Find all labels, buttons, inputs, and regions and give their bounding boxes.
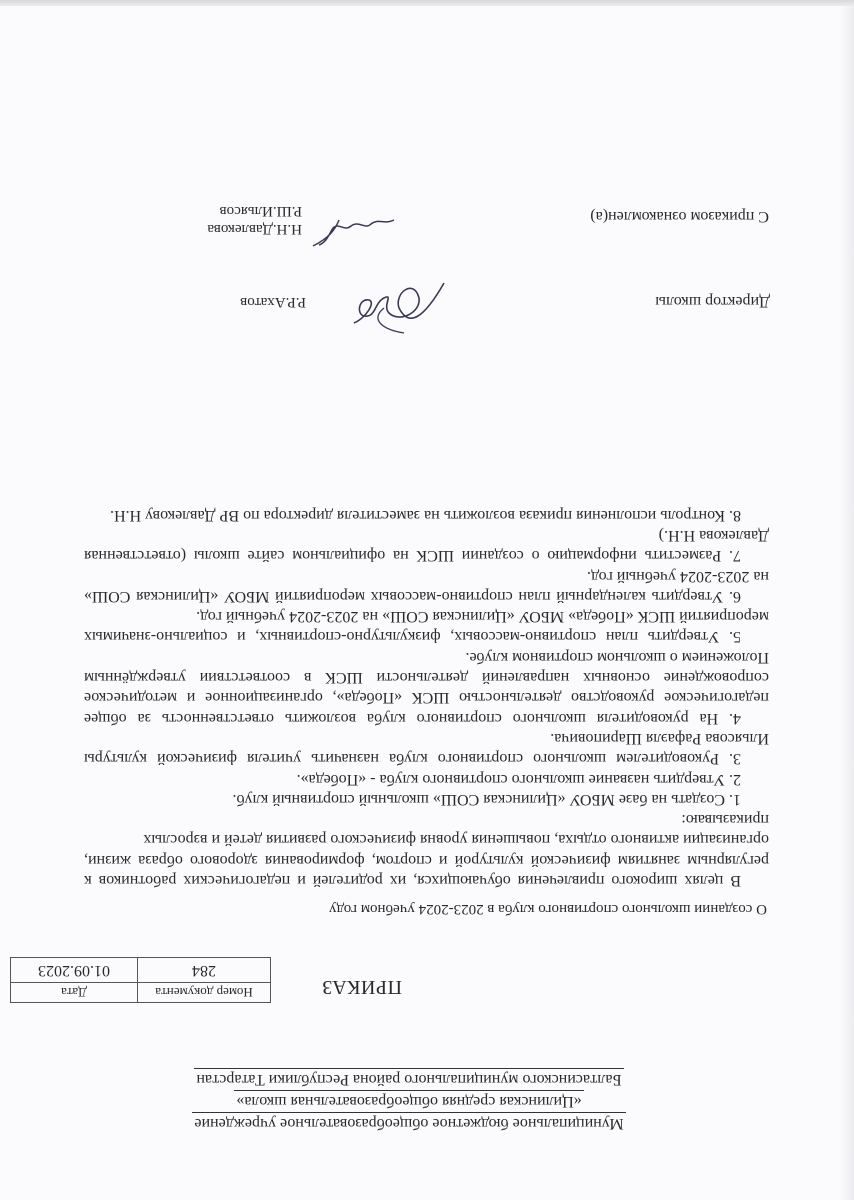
doc-date-value: 01.09.2023	[11, 958, 138, 983]
ack-name-2: Р.Ш.Ильясов	[207, 202, 302, 220]
institution-header: Муниципальное бюджетное общеобразователь…	[114, 1066, 704, 1132]
order-word: приказываю:	[84, 809, 769, 829]
document-number-table: Номер документа Дата 284 01.09.2023	[10, 957, 271, 1003]
preamble: В целях широкого привлечения обучающихся…	[84, 829, 769, 890]
doc-date-header: Дата	[11, 983, 138, 1003]
scanned-document-page: Муниципальное бюджетное общеобразователь…	[0, 0, 854, 1200]
order-item-1: 1. Создать на базе МБОУ «Цилинская СОШ» …	[84, 789, 769, 809]
order-item-6: 6. Утвердить календарный план спортивно-…	[84, 565, 769, 606]
order-item-5: 5. Утвердить план спортивно-массовых, фи…	[84, 606, 769, 647]
ack-name-1: Н.Н.Давлекова	[207, 220, 302, 238]
document-title: ПРИКАЗ	[322, 975, 402, 998]
order-body: В целях широкого привлечения обучающихся…	[84, 504, 769, 890]
header-line-2: «Цилинская средняя общеобразовательная ш…	[234, 1090, 583, 1110]
order-item-8: 8. Контроль исполнения приказа возложить…	[84, 504, 769, 524]
order-item-7: 7. Разместить информацию о создании ШСК …	[84, 525, 769, 566]
doc-number-header: Номер документа	[138, 983, 271, 1003]
scan-edge-shadow	[840, 0, 854, 1200]
order-subject: О создании школьного спортивного клуба в…	[329, 900, 767, 917]
acknowledgement-label: С приказом ознакомлен(а)	[590, 207, 769, 225]
header-line-1: Муниципальное бюджетное общеобразователь…	[192, 1112, 625, 1132]
doc-number-value: 284	[138, 958, 271, 983]
acknowledgement-names: Н.Н.Давлекова Р.Ш.Ильясов	[207, 202, 302, 238]
signatory-role: Директор школы	[655, 292, 770, 310]
director-signature-icon	[344, 268, 454, 338]
signatory-name: Р.Р.Ахатов	[240, 293, 306, 310]
order-item-2: 2. Утвердить название школьного спортивн…	[84, 768, 769, 788]
order-item-3: 3. Руководителем школьного спортивного к…	[84, 728, 769, 769]
acknowledgement-signature-icon	[309, 208, 399, 250]
header-line-3: Балтасинского муниципального района Респ…	[194, 1068, 623, 1088]
order-item-4: 4. На руководителя школьного спортивного…	[84, 646, 769, 727]
scan-edge-shadow-bottom	[0, 0, 854, 6]
